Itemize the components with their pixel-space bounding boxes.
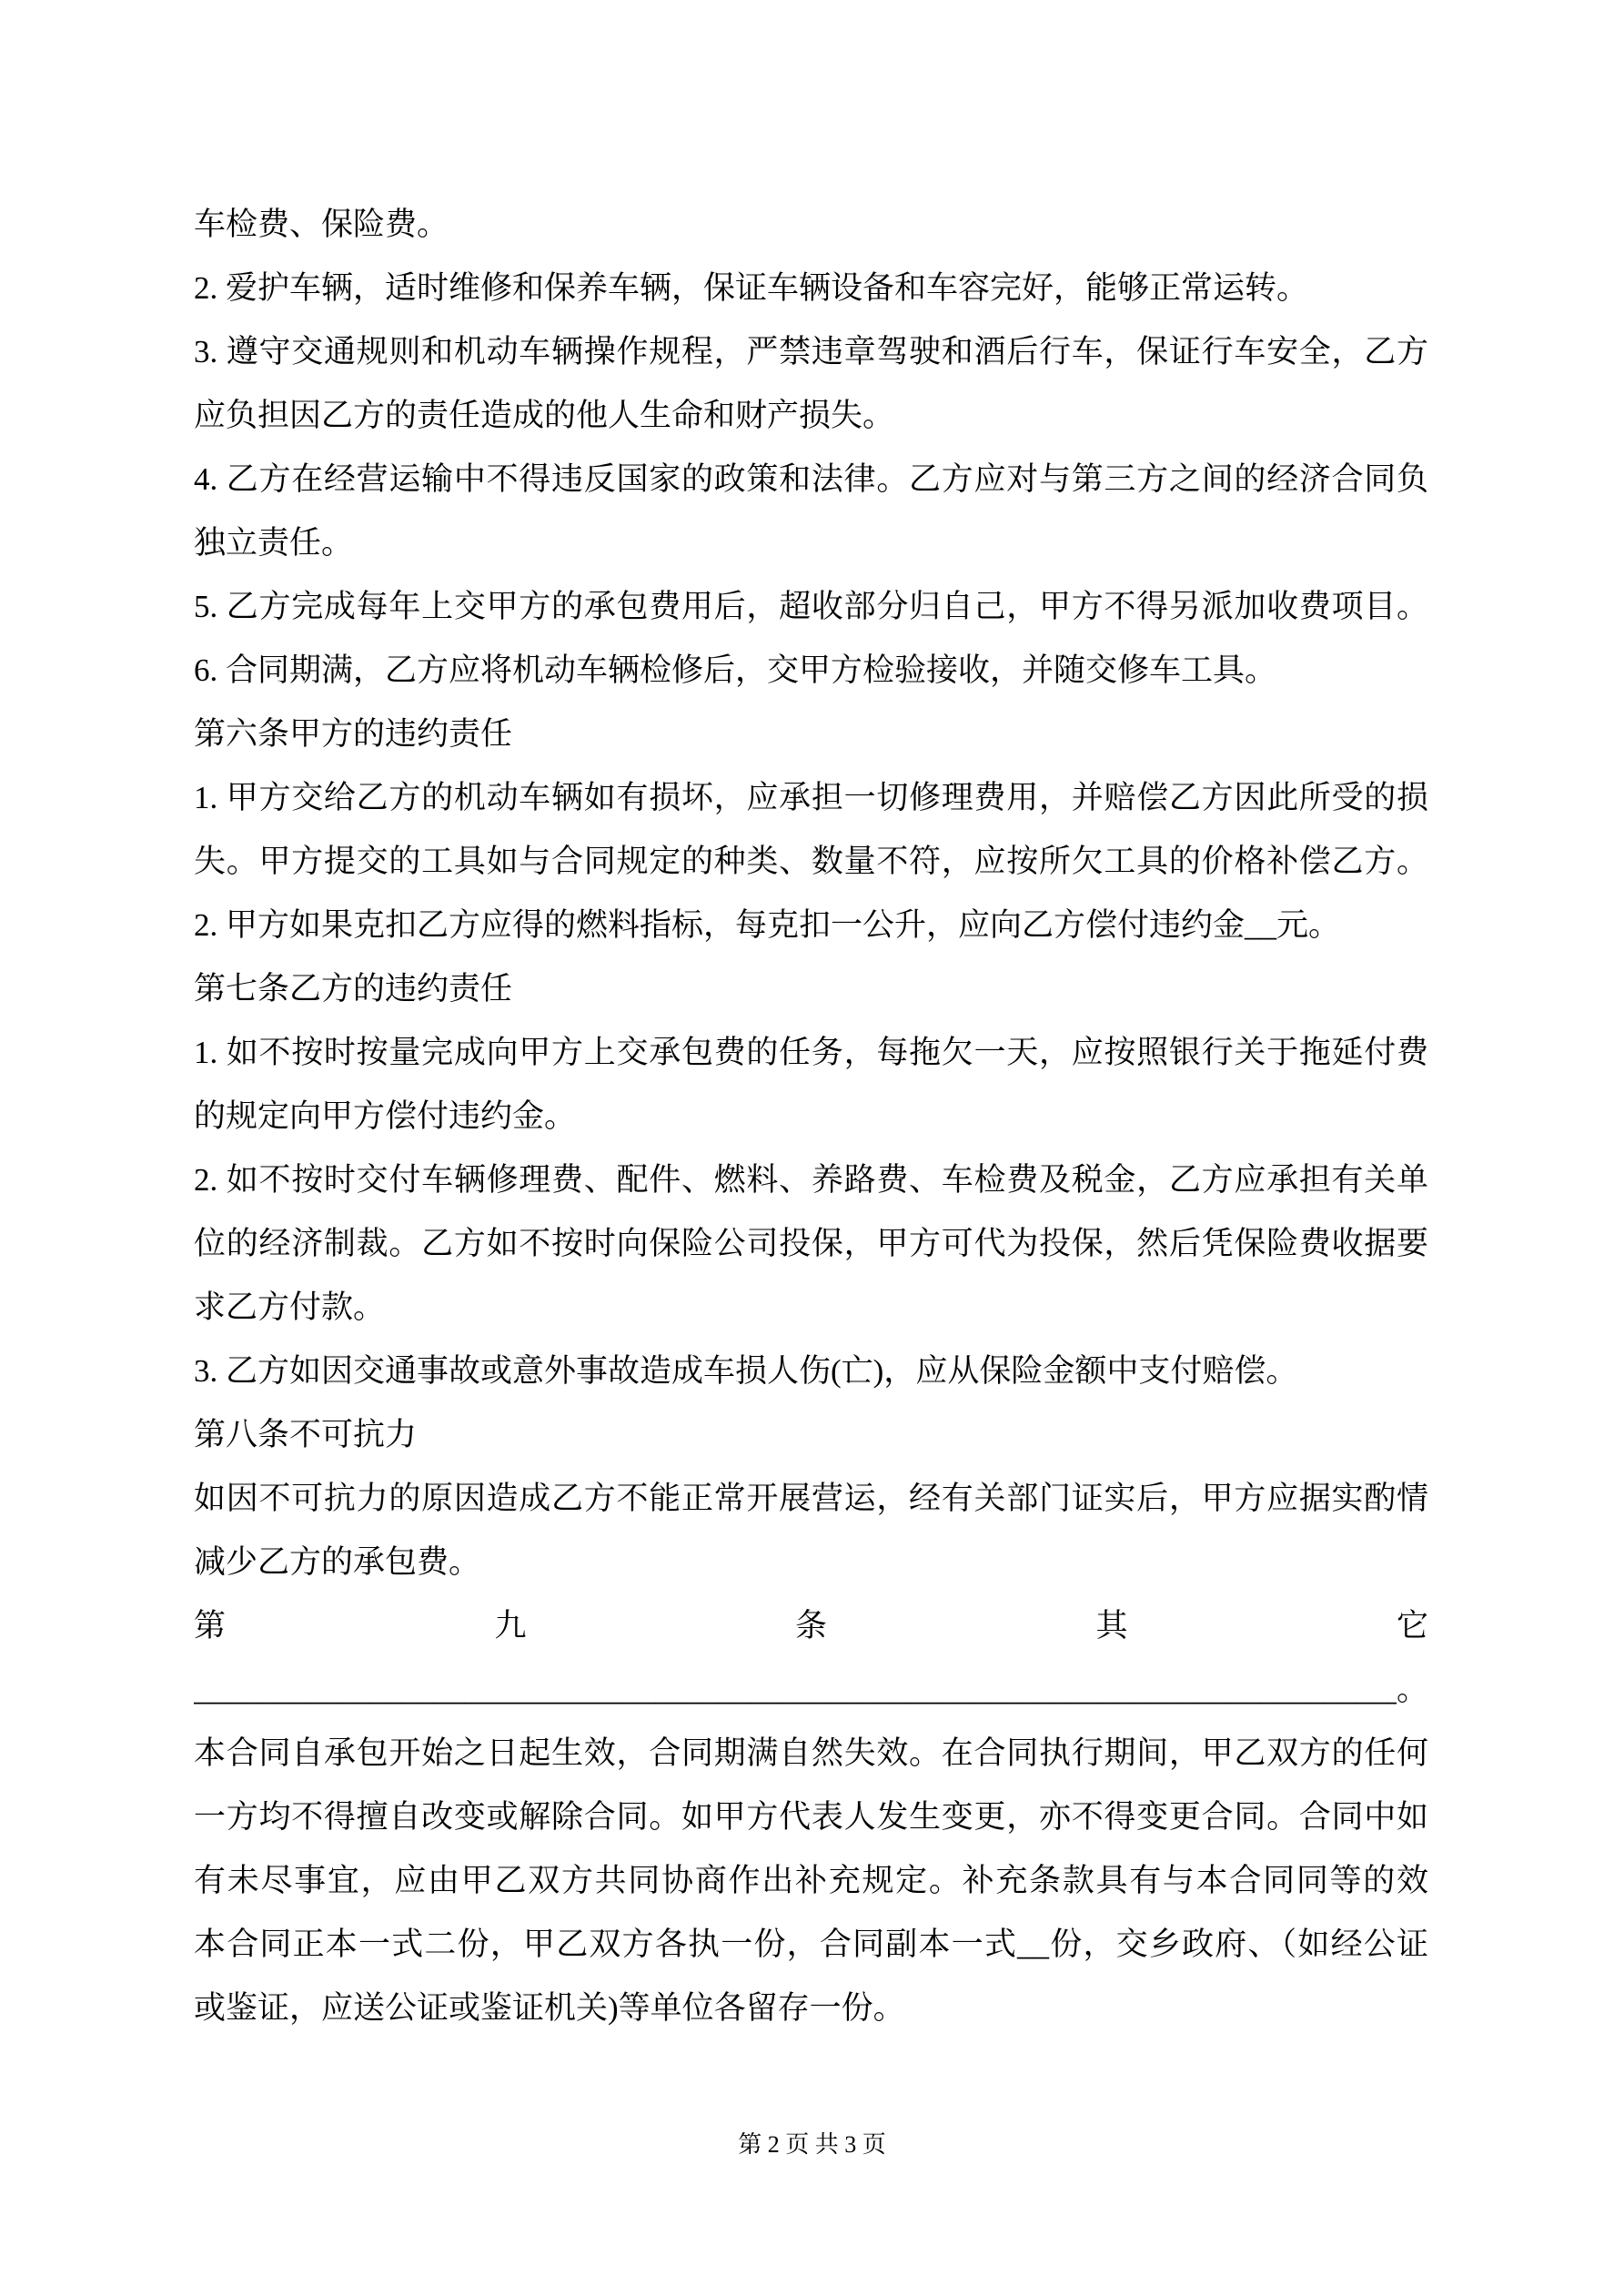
period-mark: 。 (1397, 1658, 1428, 1722)
heading-char: 其 (1095, 1594, 1127, 1658)
heading-char: 第 (194, 1594, 226, 1658)
document-page: 车检费、保险费。2. 爱护车辆，适时维修和保养车辆，保证车辆设备和车容完好，能够… (0, 0, 1624, 2296)
text-line: 如因不可抗力的原因造成乙方不能正常开展营运，经有关部门证实后，甲方应据实酌情 (194, 1467, 1428, 1531)
text-line: 5. 乙方完成每年上交甲方的承包费用后，超收部分归自己，甲方不得另派加收费项目。 (194, 575, 1428, 639)
text-line: 应负担因乙方的责任造成的他人生命和财产损失。 (194, 384, 1428, 448)
heading-char: 它 (1397, 1594, 1428, 1658)
text-line: 2. 如不按时交付车辆修理费、配件、燃料、养路费、车检费及税金，乙方应承担有关单 (194, 1148, 1428, 1212)
fill-in-blank-line: ________________________________________… (194, 1658, 1428, 1722)
text-line: 1. 如不按时按量完成向甲方上交承包费的任务，每拖欠一天，应按照银行关于拖延付费 (194, 1021, 1428, 1085)
text-line: 2. 爱护车辆，适时维修和保养车辆，保证车辆设备和车容完好，能够正常运转。 (194, 257, 1428, 320)
text-line: 车检费、保险费。 (194, 193, 1428, 257)
text-line: 独立责任。 (194, 511, 1428, 575)
blank-underline: ________________________________________… (194, 1658, 1397, 1722)
text-line: 有未尽事宜，应由甲乙双方共同协商作出补充规定。补充条款具有与本合同同等的效力。 (194, 1849, 1428, 1913)
heading-char: 条 (795, 1594, 827, 1658)
text-line: 第八条不可抗力 (194, 1403, 1428, 1467)
text-line: 第七条乙方的违约责任 (194, 957, 1428, 1021)
text-line: 或鉴证，应送公证或鉴证机关)等单位各留存一份。 (194, 1977, 1428, 2040)
text-line: 失。甲方提交的工具如与合同规定的种类、数量不符，应按所欠工具的价格补偿乙方。 (194, 830, 1428, 894)
page-number: 第 2 页 共 3 页 (738, 2131, 886, 2158)
text-line: 3. 遵守交通规则和机动车辆操作规程，严禁违章驾驶和酒后行车，保证行车安全，乙方 (194, 320, 1428, 384)
document-body: 车检费、保险费。2. 爱护车辆，适时维修和保养车辆，保证车辆设备和车容完好，能够… (0, 0, 1624, 2040)
text-line: 本合同自承包开始之日起生效，合同期满自然失效。在合同执行期间，甲乙双方的任何 (194, 1722, 1428, 1785)
text-line: 2. 甲方如果克扣乙方应得的燃料指标，每克扣一公升，应向乙方偿付违约金__元。 (194, 894, 1428, 957)
text-line: 第六条甲方的违约责任 (194, 703, 1428, 766)
text-line: 减少乙方的承包费。 (194, 1531, 1428, 1594)
heading-char: 九 (494, 1594, 526, 1658)
text-line: 位的经济制裁。乙方如不按时向保险公司投保，甲方可代为投保，然后凭保险费收据要 (194, 1212, 1428, 1276)
text-line: 一方均不得擅自改变或解除合同。如甲方代表人发生变更，亦不得变更合同。合同中如 (194, 1785, 1428, 1849)
text-line: 本合同正本一式二份，甲乙双方各执一份，合同副本一式__份，交乡政府、（如经公证 (194, 1913, 1428, 1977)
text-line: 的规定向甲方偿付违约金。 (194, 1085, 1428, 1148)
text-line: 4. 乙方在经营运输中不得违反国家的政策和法律。乙方应对与第三方之间的经济合同负 (194, 448, 1428, 511)
text-line: 3. 乙方如因交通事故或意外事故造成车损人伤(亡)，应从保险金额中支付赔偿。 (194, 1340, 1428, 1403)
text-line: 1. 甲方交给乙方的机动车辆如有损坏，应承担一切修理费用，并赔偿乙方因此所受的损 (194, 766, 1428, 830)
section-heading-distributed: 第九条其它 (194, 1594, 1428, 1658)
page-footer: 第 2 页 共 3 页 (0, 2129, 1624, 2160)
text-line: 求乙方付款。 (194, 1276, 1428, 1340)
text-line: 6. 合同期满，乙方应将机动车辆检修后，交甲方检验接收，并随交修车工具。 (194, 639, 1428, 703)
